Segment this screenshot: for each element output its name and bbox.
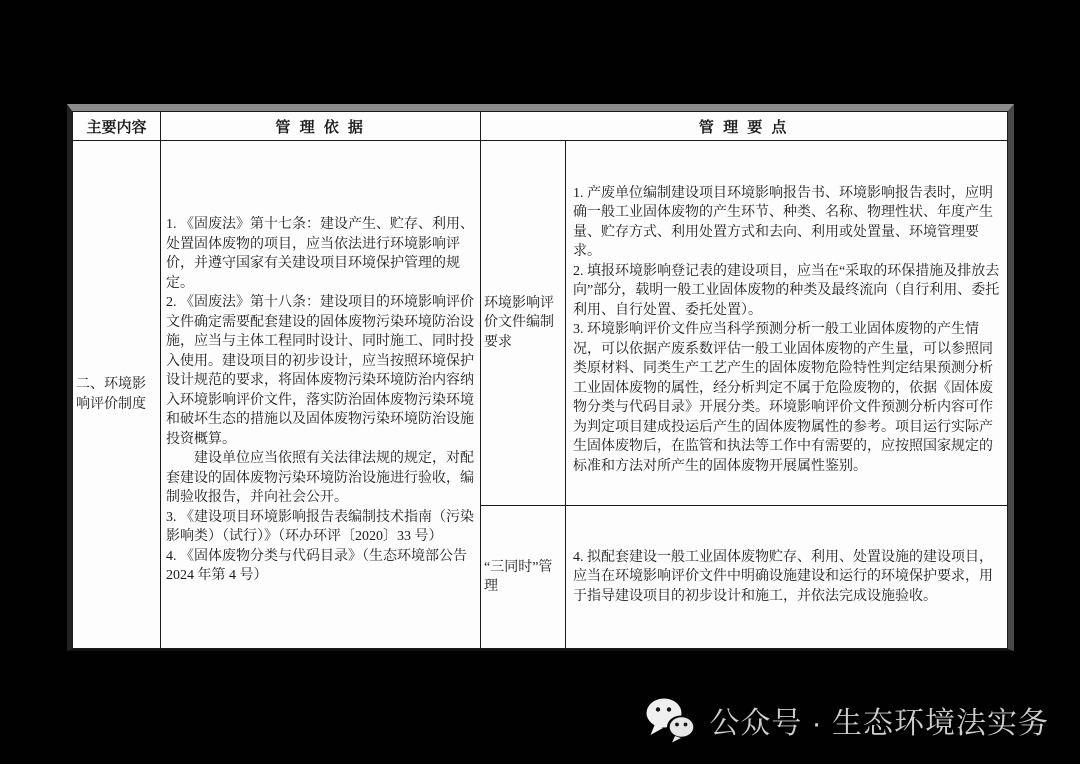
basis-paragraph: 3. 《建设项目环境影响报告表编制技术指南（污染影响类）（试行）》（环办环评〔2… bbox=[166, 508, 475, 547]
basis-paragraph: 建设单位应当依照有关法律法规的规定，对配套建设的固体废物污染环境防治设施进行验收… bbox=[166, 449, 475, 508]
basis-paragraph: 4. 《固体废物分类与代码目录》（生态环境部公告 2024 年第 4 号） bbox=[166, 547, 475, 586]
subrow-label-eia-documents: 环境影响评价文件编制要求 bbox=[481, 141, 566, 505]
cell-main-content: 二、环境影响评价制度 bbox=[73, 141, 161, 648]
table-header-row: 主要内容 管 理 依 据 管 理 要 点 bbox=[73, 112, 1007, 141]
points-paragraph: 3. 环境影响评价文件应当科学预测分析一般工业固体废物的产生情况，可以依据产废系… bbox=[573, 320, 1000, 476]
subrow-content-three-simultaneities: 4. 拟配套建设一般工业固体废物贮存、利用、处置设施的建设项目，应当在环境影响评… bbox=[566, 506, 1007, 648]
document-page: 主要内容 管 理 依 据 管 理 要 点 二、环境影响评价制度 1. 《固废法》… bbox=[67, 104, 1014, 651]
main-content-label: 二、环境影响评价制度 bbox=[76, 375, 158, 414]
basis-paragraph: 1. 《固废法》第十七条：建设产生、贮存、利用、处置固体废物的项目，应当依法进行… bbox=[166, 215, 475, 293]
header-management-basis: 管 理 依 据 bbox=[161, 112, 481, 140]
watermark-label: 公众号 · 生态环境法实务 bbox=[709, 698, 1049, 742]
cell-management-points: 环境影响评价文件编制要求 1. 产废单位编制建设项目环境影响报告书、环境影响报告… bbox=[481, 141, 1007, 648]
wechat-icon bbox=[644, 696, 698, 744]
points-paragraph: 1. 产废单位编制建设项目环境影响报告书、环境影响报告表时，应明确一般工业固体废… bbox=[573, 184, 1000, 262]
cell-management-basis: 1. 《固废法》第十七条：建设产生、贮存、利用、处置固体废物的项目，应当依法进行… bbox=[161, 141, 481, 648]
subrow-label-three-simultaneities: “三同时”管理 bbox=[481, 506, 566, 648]
regulation-table: 主要内容 管 理 依 据 管 理 要 点 二、环境影响评价制度 1. 《固废法》… bbox=[72, 111, 1008, 649]
points-subrow-eia-documents: 环境影响评价文件编制要求 1. 产废单位编制建设项目环境影响报告书、环境影响报告… bbox=[481, 141, 1007, 506]
basis-paragraph: 2. 《固废法》第十八条：建设项目的环境影响评价文件确定需要配套建设的固体废物污… bbox=[166, 293, 475, 449]
table-body-row: 二、环境影响评价制度 1. 《固废法》第十七条：建设产生、贮存、利用、处置固体废… bbox=[73, 141, 1007, 648]
points-paragraph: 4. 拟配套建设一般工业固体废物贮存、利用、处置设施的建设项目，应当在环境影响评… bbox=[573, 548, 1000, 607]
header-management-points: 管 理 要 点 bbox=[481, 112, 1007, 140]
wechat-watermark: 公众号 · 生态环境法实务 bbox=[644, 696, 1049, 744]
subrow-label-text: 环境影响评价文件编制要求 bbox=[484, 294, 563, 353]
points-subrow-three-simultaneities: “三同时”管理 4. 拟配套建设一般工业固体废物贮存、利用、处置设施的建设项目，… bbox=[481, 506, 1007, 648]
subrow-label-text: “三同时”管理 bbox=[484, 558, 563, 597]
points-paragraph: 2. 填报环境影响登记表的建设项目，应当在“采取的环保措施及排放去向”部分，载明… bbox=[573, 262, 1000, 321]
header-main-content: 主要内容 bbox=[73, 112, 161, 140]
subrow-content-eia-documents: 1. 产废单位编制建设项目环境影响报告书、环境影响报告表时，应明确一般工业固体废… bbox=[566, 141, 1007, 505]
scanned-document-screen: 主要内容 管 理 依 据 管 理 要 点 二、环境影响评价制度 1. 《固废法》… bbox=[0, 0, 1080, 764]
